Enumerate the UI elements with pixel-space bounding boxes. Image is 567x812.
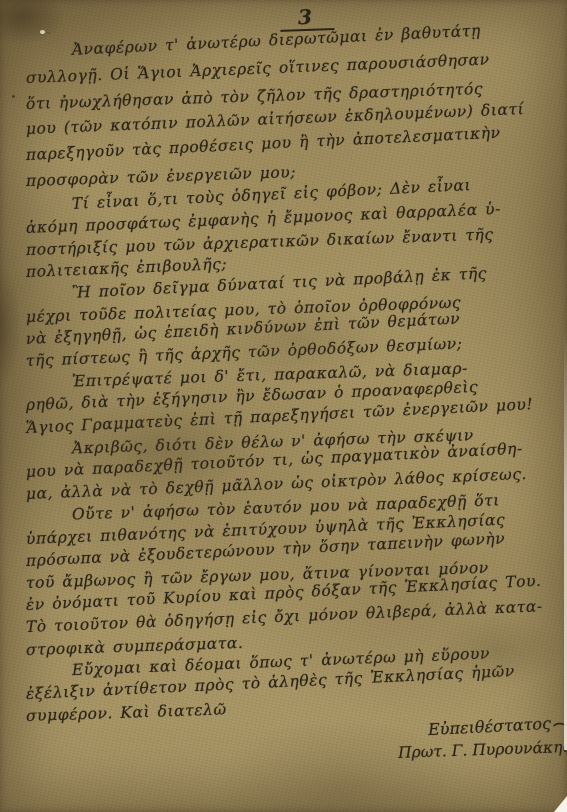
signature: Πρωτ. Γ. Πυρουνάκης — [398, 736, 567, 762]
paper-speck — [12, 95, 15, 98]
letter-page: 3 Ἀναφέρων τ' ἀνωτέρω διερωτῶμαι ἐν βαθυ… — [0, 0, 567, 812]
paper-speck — [40, 30, 45, 34]
torn-corner — [554, 796, 567, 812]
handwriting-lines: Ἀναφέρων τ' ἀνωτέρω διερωτῶμαι ἐν βαθυτά… — [26, 40, 556, 727]
signature-text: Πρωτ. Γ. Πυρουνάκης — [398, 738, 567, 762]
